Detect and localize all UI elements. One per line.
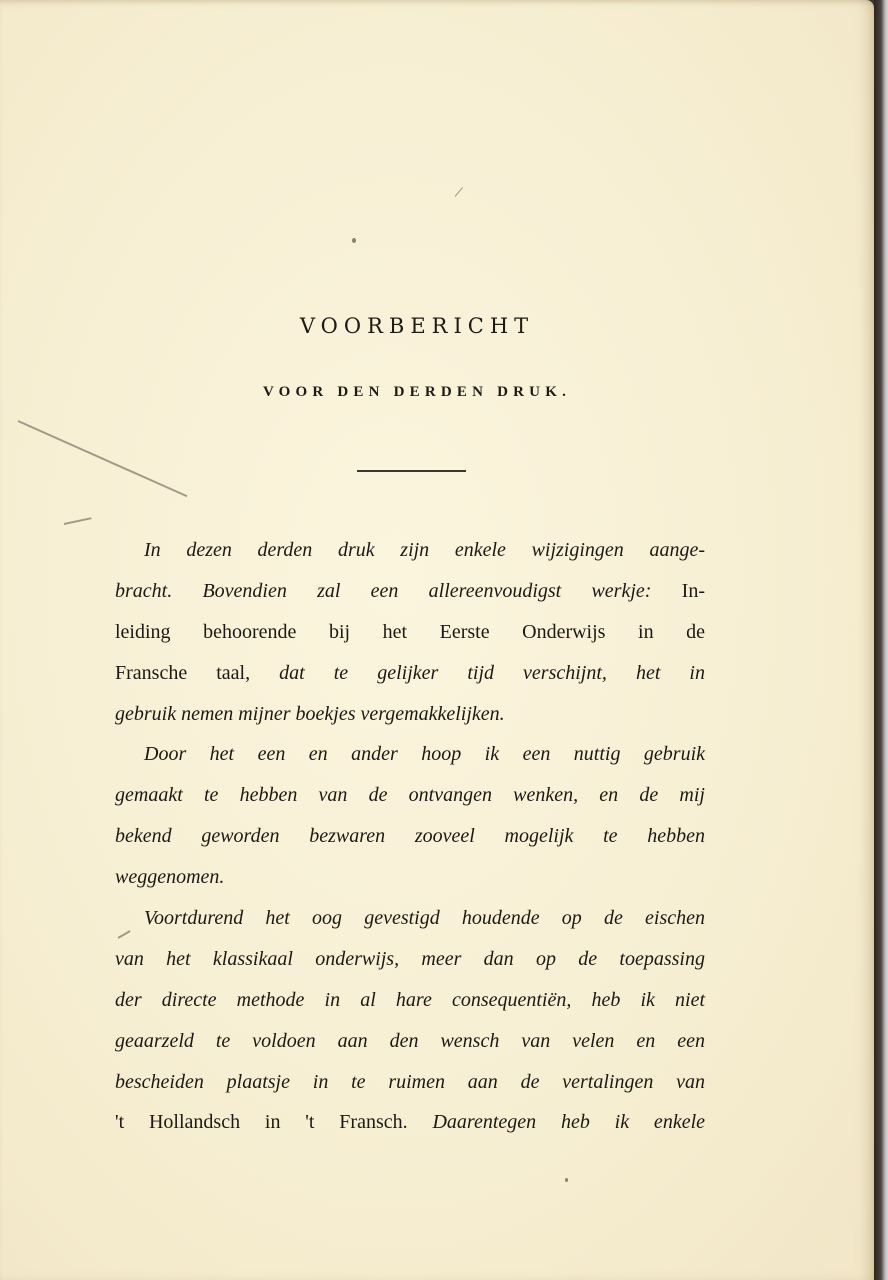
text-line: In dezen derden druk zijn enkele wijzigi… (115, 530, 705, 571)
roman-text: In- (651, 580, 705, 602)
italic-text: bekend geworden bezwaren zooveel mogelij… (115, 825, 705, 847)
ink-speck (565, 1178, 568, 1182)
text-line: geaarzeld te voldoen aan den wensch van … (115, 1021, 705, 1062)
text-line: bekend geworden bezwaren zooveel mogelij… (115, 816, 705, 857)
italic-text: geaarzeld te voldoen aan den wensch van … (115, 1030, 705, 1052)
page-subtitle: VOOR DEN DERDEN DRUK. (0, 384, 834, 401)
paragraph: Voortdurend het oog gevestigd houdende o… (115, 898, 705, 1143)
italic-text: weggenomen. (115, 866, 224, 888)
paragraph: In dezen derden druk zijn enkele wijzigi… (115, 530, 705, 734)
text-line: weggenomen. (115, 857, 705, 898)
paragraph: Door het een en ander hoop ik een nuttig… (115, 734, 705, 898)
text-line: 't Hollandsch in 't Fransch. Daarentegen… (115, 1102, 705, 1143)
book-page: VOORBERICHT VOOR DEN DERDEN DRUK. In dez… (0, 0, 874, 1280)
italic-text: Voortdurend het oog gevestigd houdende o… (144, 907, 705, 929)
text-line: der directe methode in al hare consequen… (115, 980, 705, 1021)
roman-text: Fransche taal, (115, 662, 250, 684)
italic-text: van het klassikaal onderwijs, meer dan o… (115, 948, 705, 970)
italic-text: bescheiden plaatsje in te ruimen aan de … (115, 1071, 705, 1093)
book-spine-edge (874, 0, 888, 1280)
italic-text: dat te gelijker tijd verschijnt, het in (250, 662, 705, 684)
text-line: Door het een en ander hoop ik een nuttig… (115, 734, 705, 775)
ink-speck (352, 238, 356, 243)
italic-text: gemaakt te hebben van de ontvangen wenke… (115, 784, 705, 806)
text-line: Fransche taal, dat te gelijker tijd vers… (115, 653, 705, 694)
text-line: gebruik nemen mijner boekjes vergemakkel… (115, 694, 705, 735)
text-line: gemaakt te hebben van de ontvangen wenke… (115, 775, 705, 816)
pencil-mark (455, 187, 463, 197)
italic-text: In dezen derden druk zijn enkele wijzigi… (144, 539, 705, 561)
text-line: leiding behoorende bij het Eerste Onderw… (115, 612, 705, 653)
roman-text: 't Hollandsch in 't Fransch. (115, 1111, 408, 1133)
text-line: bracht. Bovendien zal een allereenvoudig… (115, 571, 705, 612)
page-title: VOORBERICHT (0, 314, 834, 338)
divider-rule (357, 470, 466, 472)
italic-text: Door het een en ander hoop ik een nuttig… (144, 743, 705, 765)
text-line: bescheiden plaatsje in te ruimen aan de … (115, 1062, 705, 1103)
pencil-scratch-mark (18, 420, 188, 497)
italic-text: gebruik nemen mijner boekjes vergemakkel… (115, 703, 505, 725)
pencil-scratch-mark-small (64, 517, 92, 525)
italic-text: Daarentegen heb ik enkele (408, 1111, 705, 1133)
italic-text: der directe methode in al hare consequen… (115, 989, 705, 1011)
body-text: In dezen derden druk zijn enkele wijzigi… (115, 530, 705, 1143)
text-line: Voortdurend het oog gevestigd houdende o… (115, 898, 705, 939)
text-line: van het klassikaal onderwijs, meer dan o… (115, 939, 705, 980)
italic-text: bracht. Bovendien zal een allereenvoudig… (115, 580, 651, 602)
roman-text: leiding behoorende bij het Eerste Onderw… (115, 621, 705, 643)
